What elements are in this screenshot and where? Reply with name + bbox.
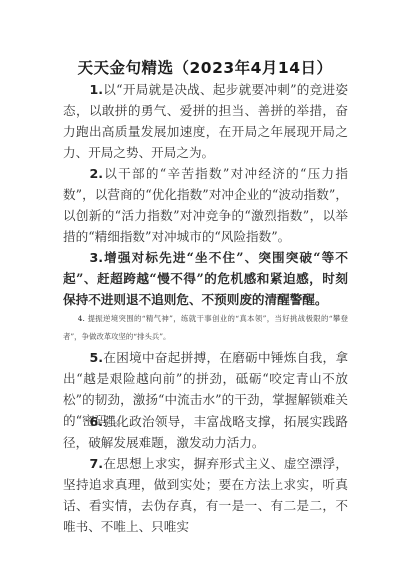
paragraph-text: 以“开局就是决战、起步就要冲刺”的竞进姿态，以敢拼的勇气、爱拼的担当、善拼的举措… (63, 82, 348, 160)
paragraph-3: 3.增强对标先进“坐不住”、突围突破“等不起”、赶超跨越“慢不得”的危机感和紧迫… (63, 247, 348, 310)
paragraph-text: 在思想上求实，摒弃形式主义、虚空漂浮，坚持追求真理，做到实处；要在方法上求实，听… (63, 456, 348, 534)
paragraph-6: 6.强化政治领导，丰富战略支撑，拓展实践路径，破解发展难题，激发动力活力。 (63, 411, 348, 453)
paragraph-text: 增强对标先进“坐不住”、突围突破“等不起”、赶超跨越“慢不得”的危机感和紧迫感，… (63, 250, 348, 307)
paragraph-1: 1.以“开局就是决战、起步就要冲刺”的竞进姿态，以敢拼的勇气、爱拼的担当、善拼的… (63, 79, 348, 163)
document-title: 天天金句精选（2023年4月14日） (0, 56, 410, 78)
paragraph-number: 6. (89, 414, 103, 429)
paragraph-text: 提振逆境突围的“精气神”，练就干事创业的“真本领”，当好挑战极限的“攀登者”，争… (63, 314, 348, 341)
paragraph-text: 强化政治领导，丰富战略支撑，拓展实践路径，破解发展难题，激发动力活力。 (63, 414, 348, 450)
paragraph-7: 7.在思想上求实，摒弃形式主义、虚空漂浮，坚持追求真理，做到实处；要在方法上求实… (63, 453, 348, 537)
document-page: 天天金句精选（2023年4月14日） 1.以“开局就是决战、起步就要冲刺”的竞进… (0, 0, 410, 580)
paragraph-number: 4. (78, 314, 85, 323)
paragraph-number: 2. (89, 166, 103, 181)
paragraph-number: 5. (89, 350, 103, 365)
paragraph-number: 7. (89, 456, 103, 471)
paragraph-text: 以干部的“辛苦指数”对冲经济的“压力指数”，以营商的“优化指数”对冲企业的“波动… (63, 166, 348, 244)
paragraph-4: 4. 提振逆境突围的“精气神”，练就干事创业的“真本领”，当好挑战极限的“攀登者… (63, 310, 348, 346)
paragraph-number: 1. (89, 82, 103, 97)
paragraph-2: 2.以干部的“辛苦指数”对冲经济的“压力指数”，以营商的“优化指数”对冲企业的“… (63, 163, 348, 247)
paragraph-number: 3. (89, 250, 103, 265)
